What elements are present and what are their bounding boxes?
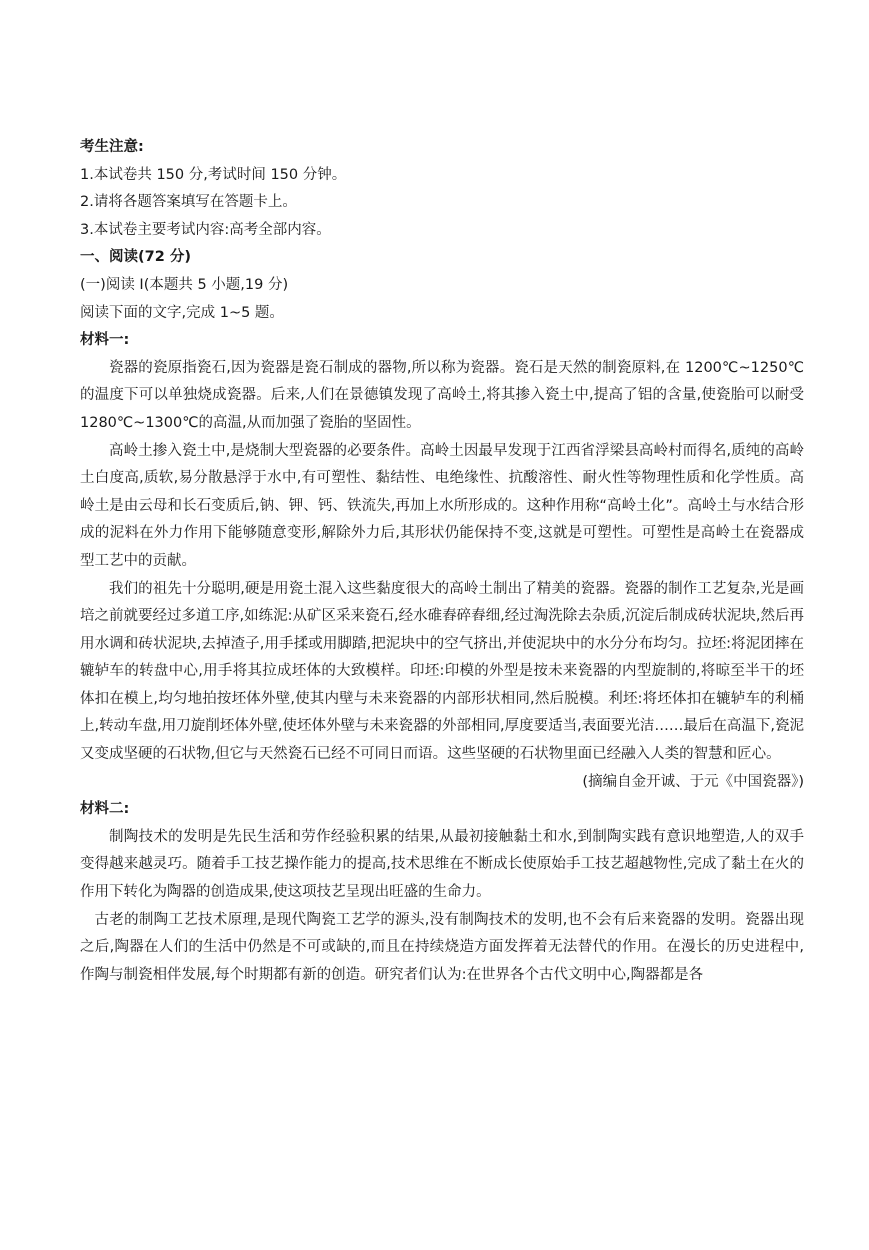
notice-title: 考生注意: xyxy=(80,134,804,162)
material1-paragraph-3: 我们的祖先十分聪明,硬是用瓷土混入这些黏度很大的高岭土制出了精美的瓷器。瓷器的制… xyxy=(80,576,804,769)
material1-paragraph-1: 瓷器的瓷原指瓷石,因为瓷器是瓷石制成的器物,所以称为瓷器。瓷石是天然的制瓷原料,… xyxy=(80,355,804,438)
exam-page: 考生注意: 1.本试卷共 150 分,考试时间 150 分钟。 2.请将各题答案… xyxy=(80,134,804,989)
notice-item-1: 1.本试卷共 150 分,考试时间 150 分钟。 xyxy=(80,162,804,190)
material2-paragraph-2: 古老的制陶工艺技术原理,是现代陶瓷工艺学的源头,没有制陶技术的发明,也不会有后来… xyxy=(80,907,804,990)
section-instruction: 阅读下面的文字,完成 1~5 题。 xyxy=(80,300,804,328)
section-subheading: (一)阅读 I(本题共 5 小题,19 分) xyxy=(80,272,804,300)
section-heading: 一、阅读(72 分) xyxy=(80,244,804,272)
material1-label: 材料一: xyxy=(80,327,804,355)
notice-item-3: 3.本试卷主要考试内容:高考全部内容。 xyxy=(80,217,804,245)
notice-item-2: 2.请将各题答案填写在答题卡上。 xyxy=(80,189,804,217)
material2-paragraph-1: 制陶技术的发明是先民生活和劳作经验积累的结果,从最初接触黏土和水,到制陶实践有意… xyxy=(80,824,804,907)
material2-label: 材料二: xyxy=(80,796,804,824)
material1-paragraph-2: 高岭土掺入瓷土中,是烧制大型瓷器的必要条件。高岭土因最早发现于江西省浮梁县高岭村… xyxy=(80,438,804,576)
material1-source: (摘编自金开诚、于元《中国瓷器》) xyxy=(80,769,804,797)
